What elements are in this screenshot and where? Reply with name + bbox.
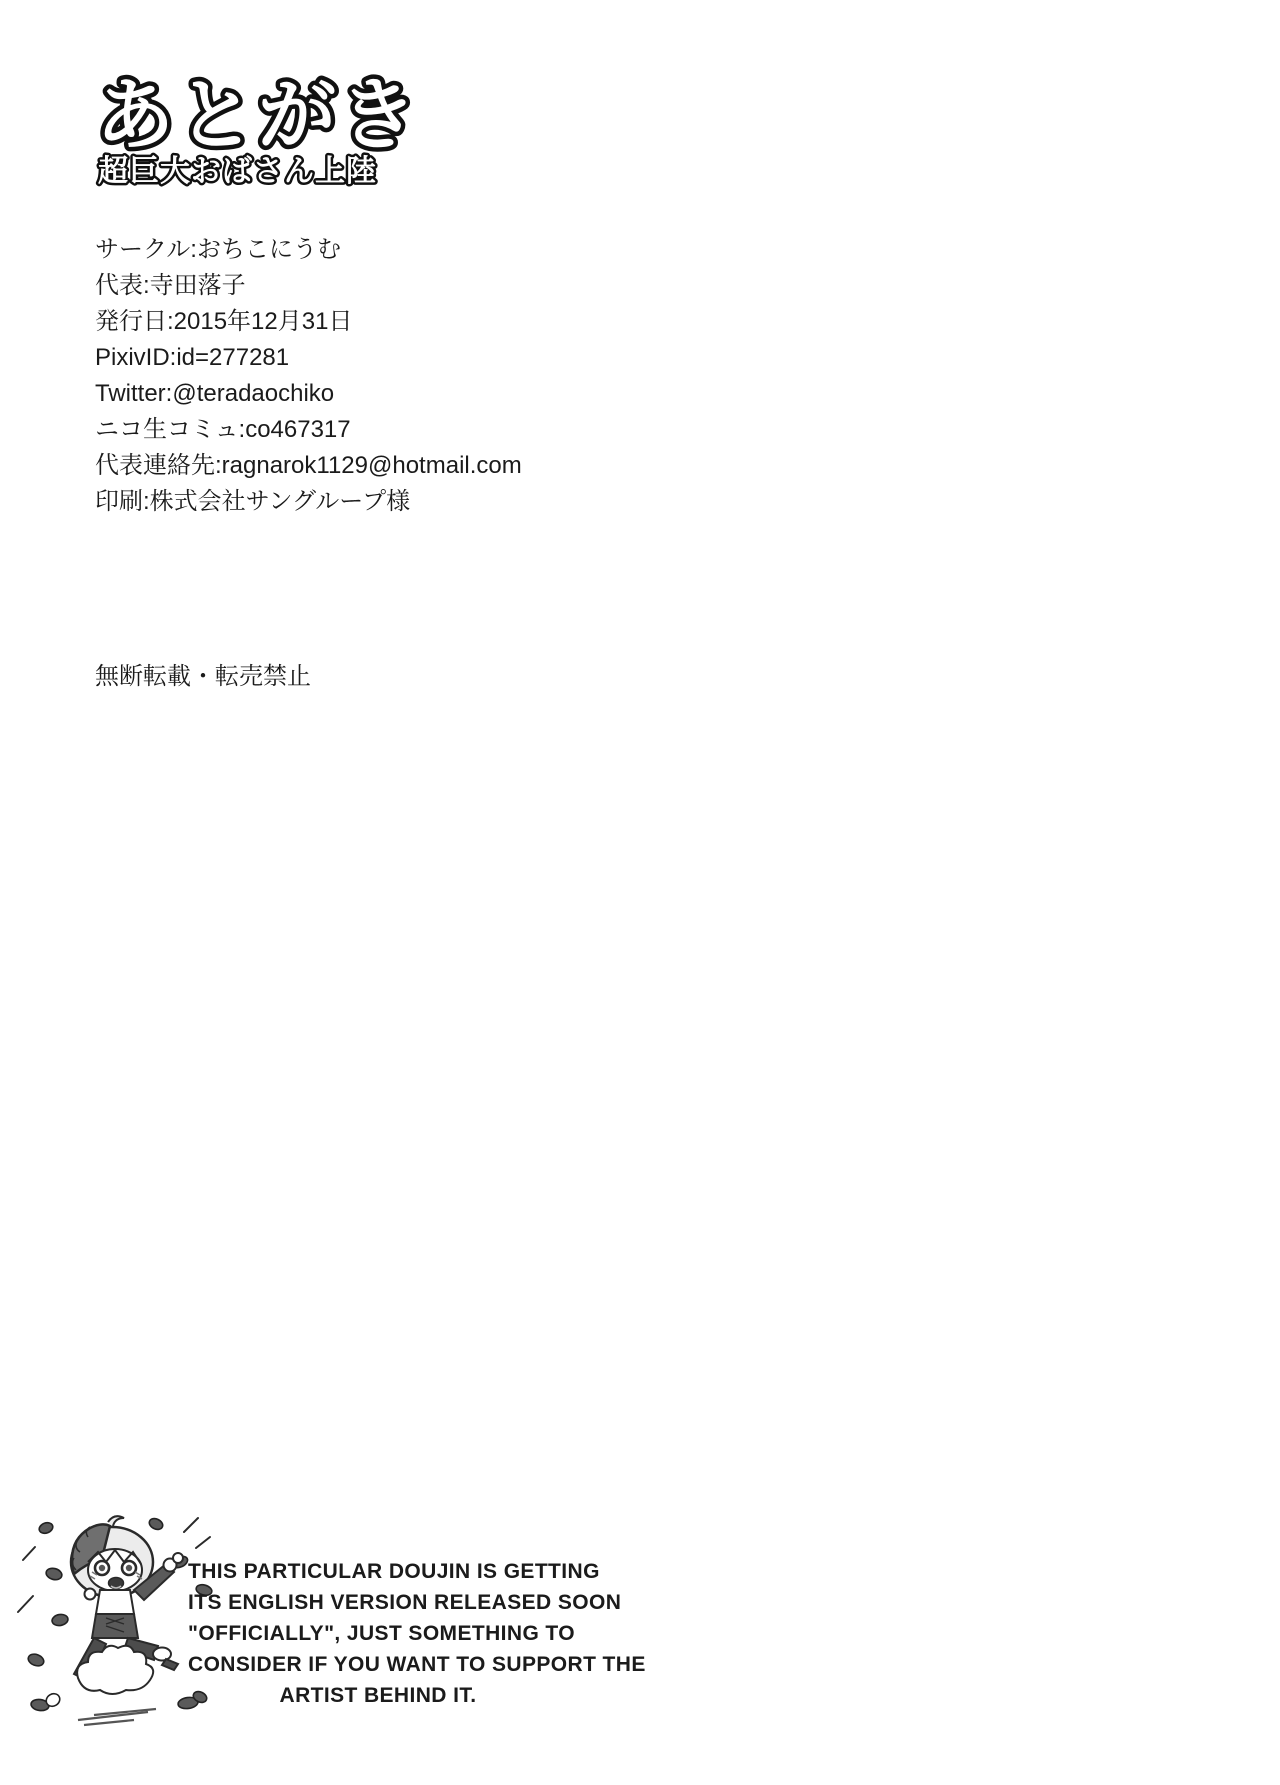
credits-block: サークル:おちこにうむ 代表:寺田落子 発行日:2015年12月31日 Pixi… [95,232,522,520]
motion-line [18,1596,33,1612]
translator-note-line: ARTIST BEHIND IT. [188,1680,568,1711]
translator-note-line: THIS PARTICULAR DOUJIN IS GETTING [188,1556,568,1587]
translator-note-line: ITS ENGLISH VERSION RELEASED SOON [188,1587,568,1618]
motion-line [196,1537,210,1548]
translator-note: THIS PARTICULAR DOUJIN IS GETTING ITS EN… [188,1556,568,1711]
afterword-page: あとがき 超巨大おばさん上陸 サークル:おちこにうむ 代表:寺田落子 発行日:2… [0,0,1280,1785]
ground-lines [78,1709,156,1725]
credit-nico-community: ニコ生コミュ:co467317 [95,412,522,448]
credit-circle: サークル:おちこにうむ [95,232,522,268]
mouth [109,1578,124,1589]
chest [96,1590,134,1614]
credit-pixiv-id: PixivID:id=277281 [95,340,522,376]
motion-line [184,1518,198,1532]
page-subtitle-art: 超巨大おばさん上陸 [94,150,514,194]
shoe [162,1659,178,1670]
credit-twitter: Twitter:@teradaochiko [95,376,522,412]
leg-cuff-frill [153,1648,171,1661]
credit-contact-email: 代表連絡先:ragnarok1129@hotmail.com [95,448,522,484]
ahoge [108,1516,124,1526]
corset [92,1614,138,1638]
credit-representative: 代表:寺田落子 [95,268,522,304]
translator-note-line: "OFFICIALLY", JUST SOMETHING TO [188,1618,568,1649]
translator-note-line: CONSIDER IF YOU WANT TO SUPPORT THE [188,1649,568,1680]
hand [173,1553,183,1563]
chibi-mascot-illustration [16,1512,216,1737]
left-hand [85,1589,96,1600]
credit-printer: 印刷:株式会社サングループ様 [95,484,522,520]
page-subtitle: 超巨大おばさん上陸 [98,154,377,189]
no-reproduction-notice: 無断転載・転売禁止 [95,662,311,692]
credit-publish-date: 発行日:2015年12月31日 [95,304,522,340]
page-title: あとがき [96,71,420,161]
motion-line [23,1547,35,1560]
